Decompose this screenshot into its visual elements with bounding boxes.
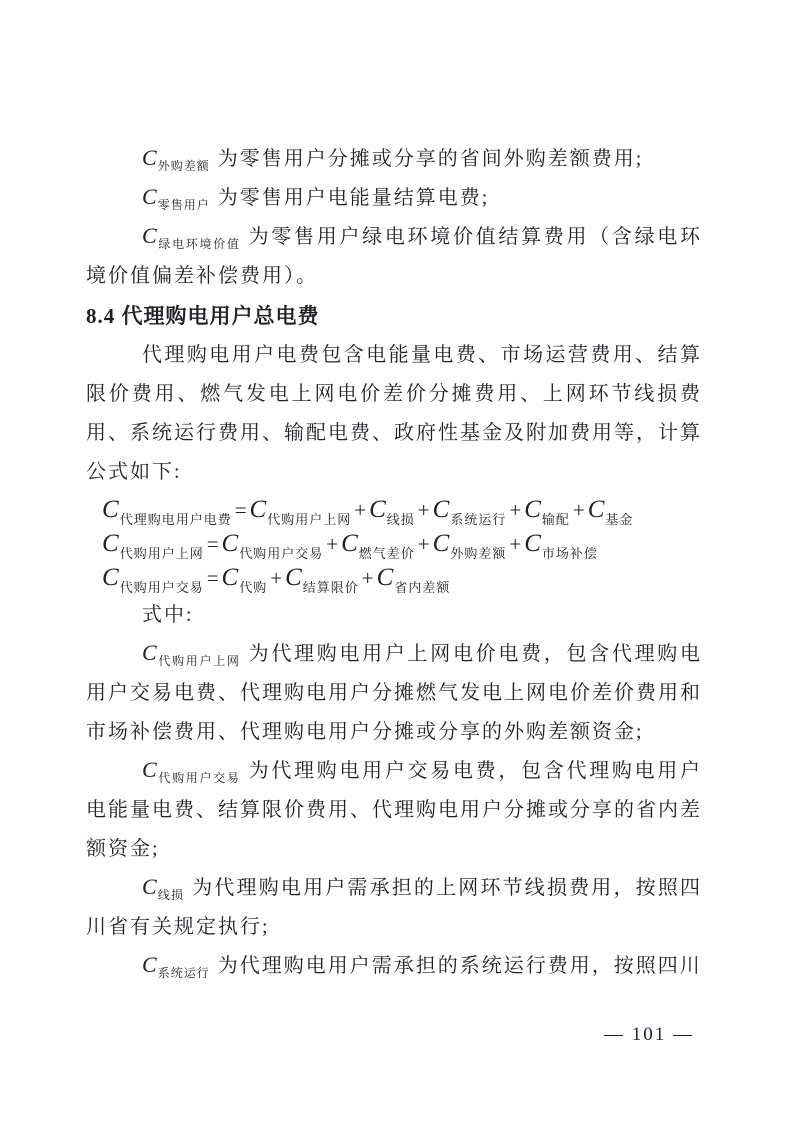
variable-subscript: 线损 bbox=[387, 512, 415, 527]
formula-variable: C零售用户 bbox=[142, 187, 210, 209]
formula-operator: + bbox=[509, 498, 521, 522]
variable-base: C bbox=[142, 184, 157, 209]
variable-base: C bbox=[142, 640, 157, 665]
variable-base: C bbox=[102, 564, 119, 591]
variable-subscript: 代购用户交易 bbox=[120, 580, 204, 595]
variable-subscript: 外购差额 bbox=[158, 159, 210, 173]
variable-subscript: 系统运行 bbox=[158, 966, 210, 980]
variable-base: C bbox=[369, 496, 386, 523]
variable-subscript: 代理购电用户电费 bbox=[120, 512, 232, 527]
formula-line: C代购用户上网=C代购用户交易+C燃气差价+C外购差额+C市场补偿 bbox=[102, 528, 702, 562]
formula-variable: C代购用户上网 bbox=[142, 643, 241, 665]
variable-base: C bbox=[433, 496, 450, 523]
variable-subscript: 零售用户 bbox=[158, 198, 210, 212]
variable-base: C bbox=[250, 496, 267, 523]
formula-variable: C外购差额 bbox=[142, 148, 210, 170]
variable-subscript: 省内差额 bbox=[394, 580, 450, 595]
formula-variable: C输配 bbox=[524, 500, 570, 522]
variable-base: C bbox=[142, 874, 157, 899]
definition-paragraph: C绿电环境价值为零售用户绿电环境价值结算费用（含绿电环境价值偏差补偿费用）。 bbox=[86, 218, 702, 296]
text-run: 为零售用户电能量结算电费; bbox=[218, 187, 490, 209]
variable-subscript: 代购 bbox=[239, 580, 267, 595]
variable-subscript: 线损 bbox=[158, 888, 185, 902]
variable-base: C bbox=[341, 530, 358, 557]
variable-subscript: 绿电环境价值 bbox=[158, 237, 241, 251]
variable-base: C bbox=[142, 952, 157, 977]
formula-variable: C线损 bbox=[142, 877, 184, 899]
variable-subscript: 燃气差价 bbox=[359, 546, 415, 561]
variable-base: C bbox=[285, 564, 302, 591]
variable-base: C bbox=[524, 496, 541, 523]
formula-line: C代理购电用户电费=C代购用户上网+C线损+C系统运行+C输配+C基金 bbox=[102, 494, 702, 528]
formula-variable: C市场补偿 bbox=[524, 534, 598, 556]
text-run: 为零售用户分摊或分享的省间外购差额费用; bbox=[218, 148, 644, 170]
formula-operator: = bbox=[207, 566, 219, 590]
formula-line: C代购用户交易=C代购+C结算限价+C省内差额 bbox=[102, 562, 702, 596]
formula-variable: C代理购电用户电费 bbox=[102, 500, 232, 522]
formula-operator: + bbox=[362, 566, 374, 590]
variable-base: C bbox=[142, 145, 157, 170]
formula-operator: + bbox=[573, 498, 585, 522]
where-label: 式中: bbox=[86, 596, 702, 635]
variable-base: C bbox=[588, 496, 605, 523]
variable-base: C bbox=[102, 496, 119, 523]
text-run: 为代理购电用户需承担的系统运行费用，按照四川 bbox=[218, 955, 702, 977]
formula-variable: C结算限价 bbox=[285, 568, 359, 590]
formula-operator: = bbox=[207, 532, 219, 556]
variable-subscript: 输配 bbox=[542, 512, 570, 527]
variable-subscript: 基金 bbox=[605, 512, 633, 527]
section-heading: 8.4 代理购电用户总电费 bbox=[86, 296, 702, 336]
formula-variable: C系统运行 bbox=[433, 500, 507, 522]
formula-operator: + bbox=[354, 498, 366, 522]
document-page: C外购差额为零售用户分摊或分享的省间外购差额费用; C零售用户为零售用户电能量结… bbox=[0, 0, 794, 1123]
formula-operator: + bbox=[418, 532, 430, 556]
formula-variable: C代购用户交易 bbox=[222, 534, 324, 556]
formula-operator: + bbox=[326, 532, 338, 556]
formula-variable: C省内差额 bbox=[377, 568, 451, 590]
formula-variable: C基金 bbox=[588, 500, 634, 522]
variable-subscript: 代购用户交易 bbox=[239, 546, 323, 561]
formula-operator: = bbox=[235, 498, 247, 522]
variable-base: C bbox=[433, 530, 450, 557]
definition-paragraph: C代购用户上网为代理购电用户上网电价电费，包含代理购电用户交易电费、代理购电用户… bbox=[86, 635, 702, 752]
formula-variable: C代购用户交易 bbox=[142, 760, 241, 782]
variable-base: C bbox=[222, 564, 239, 591]
formula-variable: C代购用户上网 bbox=[250, 500, 352, 522]
variable-base: C bbox=[142, 223, 157, 248]
variable-base: C bbox=[142, 757, 157, 782]
variable-subscript: 结算限价 bbox=[303, 580, 359, 595]
variable-base: C bbox=[102, 530, 119, 557]
formula-variable: C外购差额 bbox=[433, 534, 507, 556]
definition-paragraph: C外购差额为零售用户分摊或分享的省间外购差额费用; bbox=[86, 140, 702, 179]
variable-subscript: 代购用户上网 bbox=[120, 546, 204, 561]
formula-variable: C线损 bbox=[369, 500, 415, 522]
definition-paragraph: C系统运行为代理购电用户需承担的系统运行费用，按照四川 bbox=[86, 947, 702, 986]
variable-subscript: 外购差额 bbox=[450, 546, 506, 561]
definition-paragraph: C代购用户交易为代理购电用户交易电费，包含代理购电用户电能量电费、结算限价费用、… bbox=[86, 752, 702, 869]
formula-operator: + bbox=[270, 566, 282, 590]
definition-paragraph: C线损为代理购电用户需承担的上网环节线损费用，按照四川省有关规定执行; bbox=[86, 869, 702, 947]
variable-base: C bbox=[377, 564, 394, 591]
variable-base: C bbox=[222, 530, 239, 557]
variable-subscript: 代购用户交易 bbox=[158, 771, 241, 785]
formula-variable: C系统运行 bbox=[142, 955, 210, 977]
variable-subscript: 系统运行 bbox=[450, 512, 506, 527]
variable-subscript: 市场补偿 bbox=[542, 546, 598, 561]
formula-block: C代理购电用户电费=C代购用户上网+C线损+C系统运行+C输配+C基金 C代购用… bbox=[86, 494, 702, 596]
variable-subscript: 代购用户上网 bbox=[267, 512, 351, 527]
formula-variable: C代购用户交易 bbox=[102, 568, 204, 590]
formula-variable: C代购 bbox=[222, 568, 268, 590]
formula-variable: C代购用户上网 bbox=[102, 534, 204, 556]
formula-operator: + bbox=[509, 532, 521, 556]
definition-paragraph: C零售用户为零售用户电能量结算电费; bbox=[86, 179, 702, 218]
formula-variable: C绿电环境价值 bbox=[142, 226, 241, 248]
variable-subscript: 代购用户上网 bbox=[158, 654, 241, 668]
variable-base: C bbox=[524, 530, 541, 557]
formula-operator: + bbox=[418, 498, 430, 522]
intro-paragraph: 代理购电用户电费包含电能量电费、市场运营费用、结算限价费用、燃气发电上网电价差价… bbox=[86, 336, 702, 492]
formula-variable: C燃气差价 bbox=[341, 534, 415, 556]
page-number: — 101 — bbox=[604, 1024, 694, 1046]
page-content: C外购差额为零售用户分摊或分享的省间外购差额费用; C零售用户为零售用户电能量结… bbox=[86, 140, 702, 986]
